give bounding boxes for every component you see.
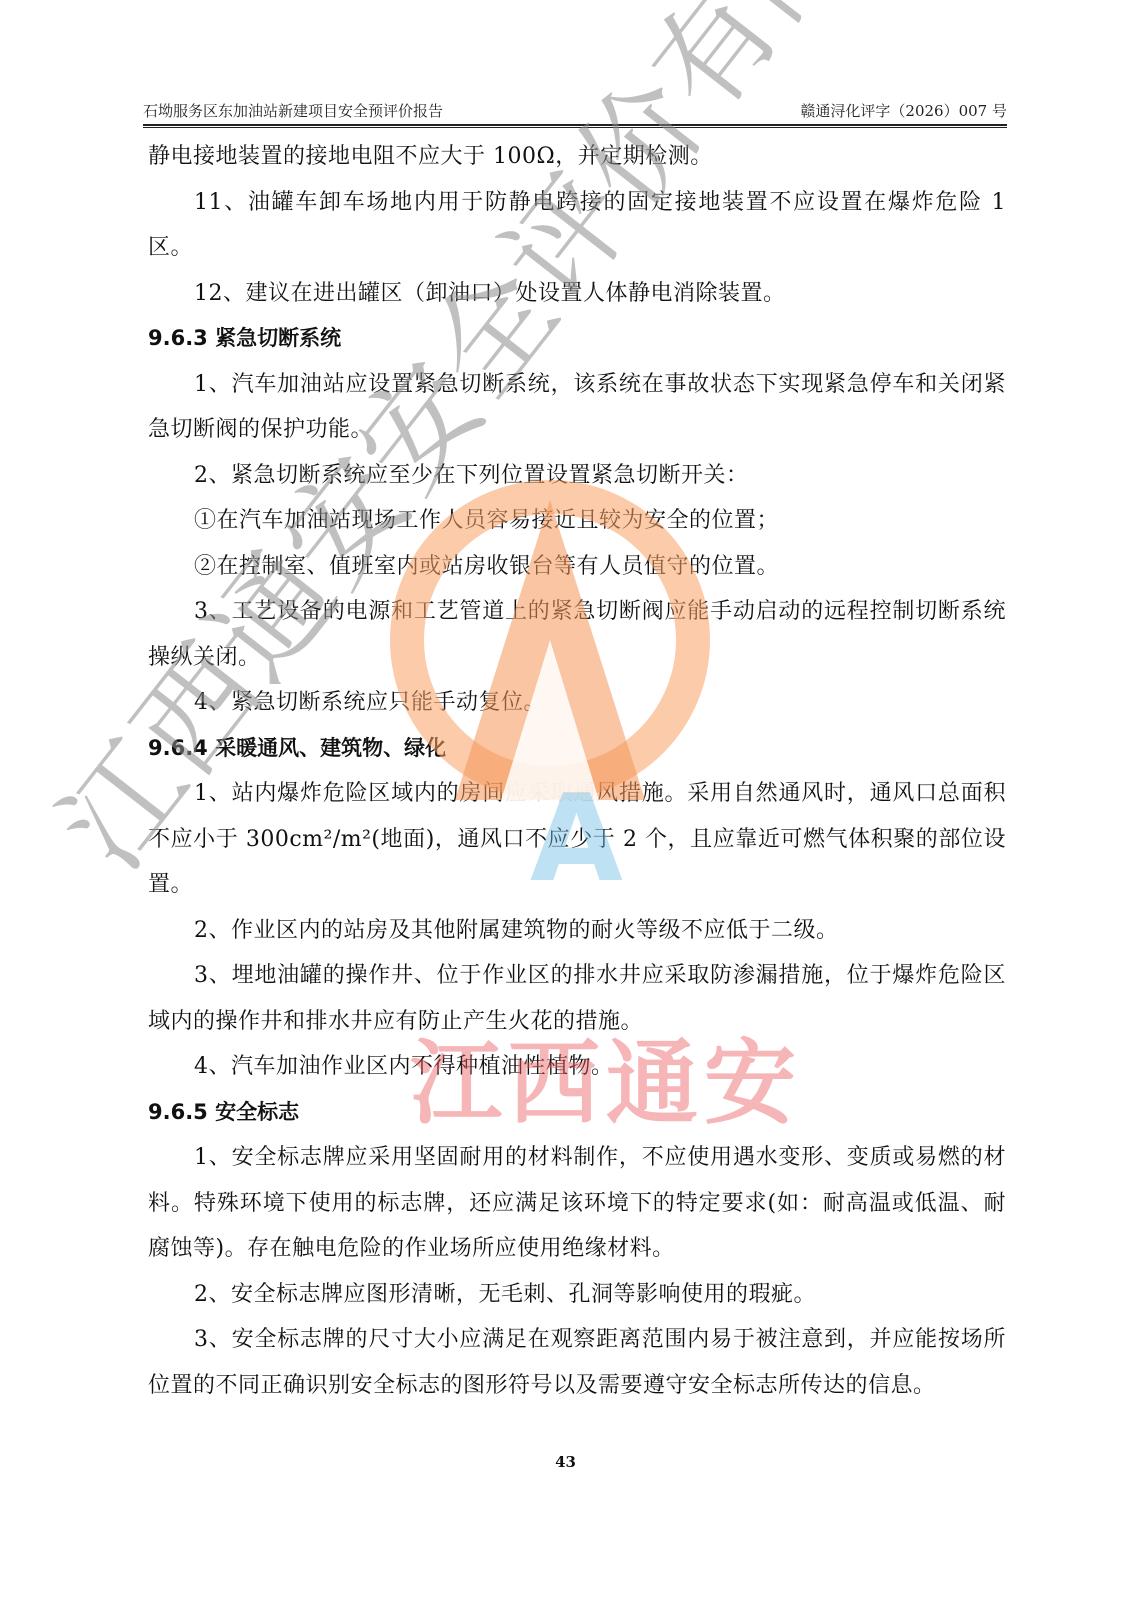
paragraph: 1、汽车加油站应设置紧急切断系统，该系统在事故状态下实现紧急停车和关闭紧急切断阀… bbox=[148, 362, 1006, 453]
paragraph: 3、埋地油罐的操作井、位于作业区的排水井应采取防渗漏措施，位于爆炸危险区域内的操… bbox=[148, 953, 1006, 1044]
page-content: 静电接地装置的接地电阻不应大于 100Ω，并定期检测。 11、油罐车卸车场地内用… bbox=[148, 134, 1006, 1408]
page-number: 43 bbox=[0, 1453, 1131, 1471]
paragraph: 1、安全标志牌应采用坚固耐用的材料制作，不应使用遇水变形、变质或易燃的材料。特殊… bbox=[148, 1135, 1006, 1272]
header-divider bbox=[143, 124, 1007, 128]
section-heading: 9.6.3 紧急切断系统 bbox=[148, 316, 1006, 362]
report-title: 石坳服务区东加油站新建项目安全预评价报告 bbox=[143, 100, 443, 121]
paragraph: 2、作业区内的站房及其他附属建筑物的耐火等级不应低于二级。 bbox=[148, 908, 1006, 954]
page-header: 石坳服务区东加油站新建项目安全预评价报告 赣通浔化评字（2026）007 号 bbox=[143, 96, 1007, 124]
section-heading: 9.6.5 安全标志 bbox=[148, 1090, 1006, 1136]
paragraph: 1、站内爆炸危险区域内的房间应采取通风措施。采用自然通风时，通风口总面积不应小于… bbox=[148, 771, 1006, 908]
paragraph: 3、安全标志牌的尺寸大小应满足在观察距离范围内易于被注意到，并应能按场所位置的不… bbox=[148, 1317, 1006, 1408]
paragraph: 2、紧急切断系统应至少在下列位置设置紧急切断开关： bbox=[148, 453, 1006, 499]
list-item: ②在控制室、值班室内或站房收银台等有人员值守的位置。 bbox=[148, 544, 1006, 590]
paragraph: 12、建议在进出罐区（卸油口）处设置人体静电消除装置。 bbox=[148, 271, 1006, 317]
paragraph: 11、油罐车卸车场地内用于防静电跨接的固定接地装置不应设置在爆炸危险 1 区。 bbox=[148, 180, 1006, 271]
paragraph: 4、紧急切断系统应只能手动复位。 bbox=[148, 680, 1006, 726]
paragraph: 静电接地装置的接地电阻不应大于 100Ω，并定期检测。 bbox=[148, 134, 1006, 180]
document-number: 赣通浔化评字（2026）007 号 bbox=[800, 100, 1007, 121]
paragraph: 2、安全标志牌应图形清晰，无毛刺、孔洞等影响使用的瑕疵。 bbox=[148, 1272, 1006, 1318]
list-item: ①在汽车加油站现场工作人员容易接近且较为安全的位置； bbox=[148, 498, 1006, 544]
paragraph: 4、汽车加油作业区内不得种植油性植物。 bbox=[148, 1044, 1006, 1090]
paragraph: 3、工艺设备的电源和工艺管道上的紧急切断阀应能手动启动的远程控制切断系统操纵关闭… bbox=[148, 589, 1006, 680]
section-heading: 9.6.4 采暖通风、建筑物、绿化 bbox=[148, 726, 1006, 772]
document-page: 石坳服务区东加油站新建项目安全预评价报告 赣通浔化评字（2026）007 号 静… bbox=[0, 0, 1131, 1600]
